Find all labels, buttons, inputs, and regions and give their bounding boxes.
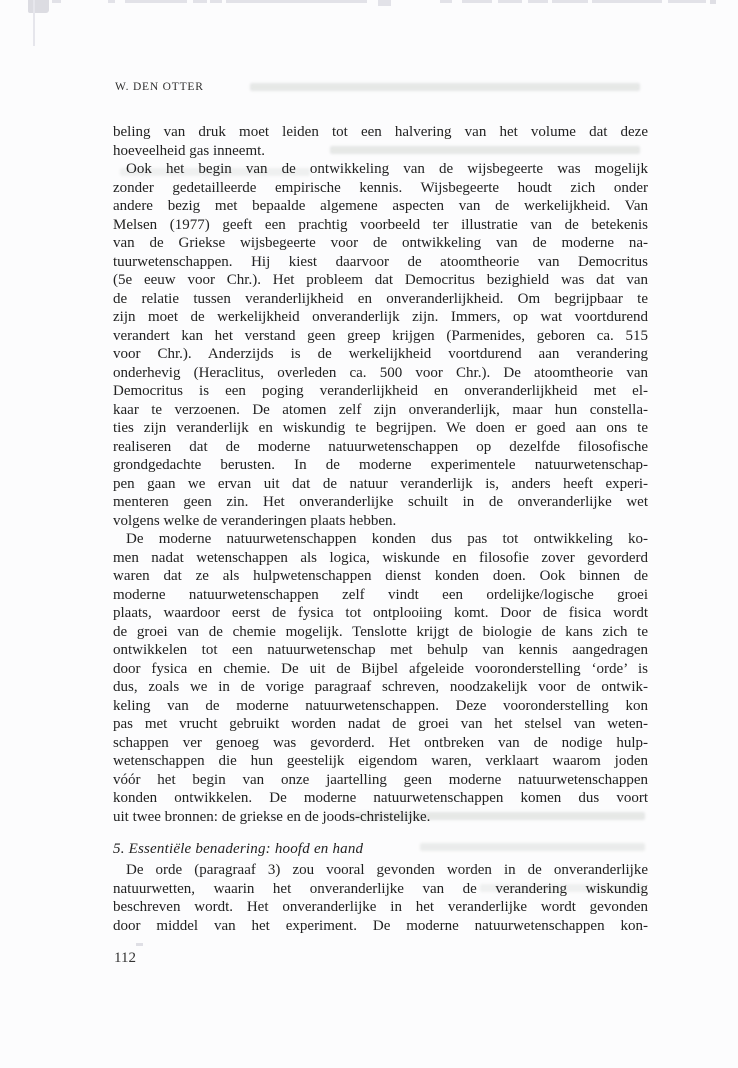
text-line: natuurwetten, waarin het onveranderlijke…	[113, 880, 648, 899]
text-line: voor Chr.). Anderzijds is de werkelijkhe…	[113, 345, 648, 364]
scan-artifact	[378, 0, 391, 6]
scan-artifact	[210, 0, 222, 3]
text-line: (5e eeuw voor Chr.). Het probleem dat De…	[113, 271, 648, 290]
text-line: grondgedachte berusten. In de moderne ex…	[113, 456, 648, 475]
text-line: moderne natuurwetenschappen zelf vindt e…	[113, 586, 648, 605]
text-line: andere bezig met bepaalde algemene aspec…	[113, 197, 648, 216]
text-line: konden ontwikkelen. De moderne natuurwet…	[113, 789, 648, 808]
section-heading: 5. Essentiële benadering: hoofd en hand	[113, 840, 648, 859]
text-line: beschreven wordt. Het onveranderlijke in…	[113, 898, 648, 917]
scan-artifact-blob	[28, 0, 49, 13]
text-line: plaats, waardoor eerst de fysica tot ont…	[113, 604, 648, 623]
page-number: 112	[114, 950, 136, 967]
body-text-column: beling van druk moet leiden tot een halv…	[113, 123, 648, 935]
text-line: tuurwetenschappen. Hij kiest daarvoor de…	[113, 253, 648, 272]
scan-artifact	[440, 0, 452, 3]
running-header: W. DEN OTTER	[115, 81, 204, 93]
scan-artifact	[136, 943, 143, 946]
text-line: De moderne natuurwetenschappen konden du…	[113, 530, 648, 549]
scan-artifact	[528, 0, 548, 3]
ghost-text	[250, 83, 640, 91]
text-line: dus, zoals we in de vorige paragraaf sch…	[113, 678, 648, 697]
scan-artifact	[226, 0, 367, 3]
text-line: uit twee bronnen: de griekse en de joods…	[113, 808, 648, 827]
scan-artifact	[592, 0, 662, 3]
text-line: ties zijn veranderlijk en wiskundig te b…	[113, 419, 648, 438]
text-line: door middel van het experiment. De moder…	[113, 917, 648, 936]
text-line: verandert kan het verstand geen greep kr…	[113, 327, 648, 346]
scan-artifact	[462, 0, 492, 3]
text-line: beling van druk moet leiden tot een halv…	[113, 123, 648, 142]
scan-artifact	[552, 0, 588, 3]
text-line: De orde (paragraaf 3) zou vooral gevonde…	[113, 861, 648, 880]
text-line: men nadat wetenschappen als logica, wisk…	[113, 549, 648, 568]
text-line: ontwikkelen tot een natuurwetenschap met…	[113, 641, 648, 660]
text-line: schappen ver genoeg was gevorderd. Het o…	[113, 734, 648, 753]
scan-artifact	[710, 0, 716, 4]
text-line: zonder gedetailleerde empirische kennis.…	[113, 179, 648, 198]
paragraph-block-1: beling van druk moet leiden tot een halv…	[113, 123, 648, 826]
text-line: pas met vrucht gebruikt worden nadat de …	[113, 715, 648, 734]
scan-artifact	[668, 0, 706, 3]
text-line: onderhevig (Heraclitus, overleden ca. 50…	[113, 364, 648, 383]
scan-artifact	[498, 0, 522, 3]
text-line: waren dat ze als hulpwetenschappen diens…	[113, 567, 648, 586]
scan-artifact	[108, 0, 115, 3]
scan-artifact	[125, 0, 187, 3]
scan-artifact	[193, 0, 207, 3]
text-line: menteren geen zin. Het onveranderlijke s…	[113, 493, 648, 512]
text-line: de relatie tussen veranderlijkheid en on…	[113, 290, 648, 309]
text-line: van de Griekse wijsbegeerte voor de ontw…	[113, 234, 648, 253]
text-line: Melsen (1977) geeft een prachtig voorbee…	[113, 216, 648, 235]
text-line: de groei van de chemie mogelijk. Tenslot…	[113, 623, 648, 642]
text-line: realiseren dat de moderne natuurwetensch…	[113, 438, 648, 457]
scan-artifact-vline	[33, 0, 35, 46]
paragraph-block-2: De orde (paragraaf 3) zou vooral gevonde…	[113, 861, 648, 935]
text-line: Ook het begin van de ontwikkeling van de…	[113, 160, 648, 179]
text-line: kaar te verzoenen. De atomen zelf zijn o…	[113, 401, 648, 420]
scanned-book-page: W. DEN OTTER beling van druk moet leiden…	[0, 0, 738, 1068]
scan-artifact	[52, 0, 61, 3]
text-line: wetenschappen die hun geestelijk eigendo…	[113, 752, 648, 771]
text-line: door fysica en chemie. De uit de Bijbel …	[113, 660, 648, 679]
text-line: hoeveelheid gas inneemt.	[113, 142, 648, 161]
text-line: vóór het begin van onze jaartelling geen…	[113, 771, 648, 790]
text-line: zijn moet de werkelijkheid onveranderlij…	[113, 308, 648, 327]
text-line: Democritus is een poging veranderlijkhei…	[113, 382, 648, 401]
text-line: pen gaan we ervan uit dat de natuur vera…	[113, 475, 648, 494]
text-line: keling van de moderne natuurwetenschappe…	[113, 697, 648, 716]
text-line: volgens welke de veranderingen plaats he…	[113, 512, 648, 531]
